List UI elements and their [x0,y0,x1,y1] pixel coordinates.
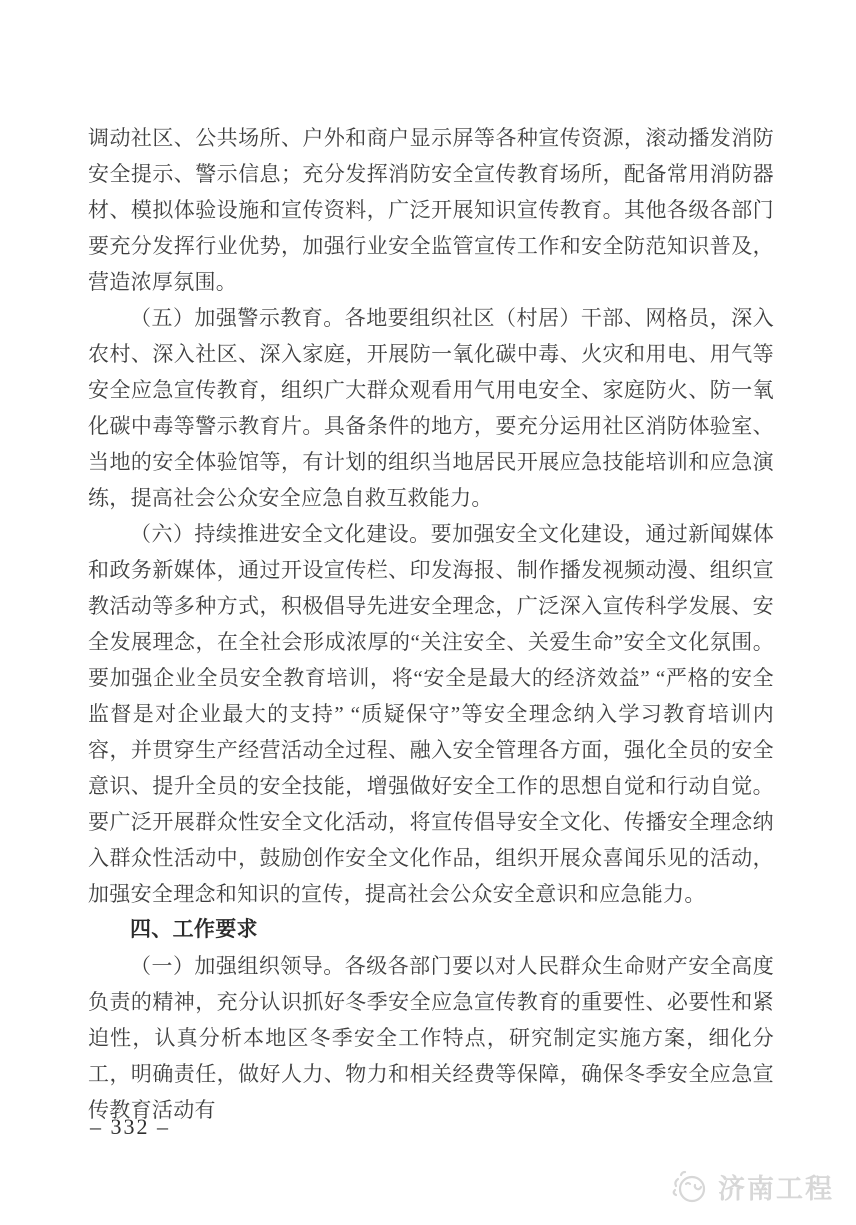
watermark: 济南工程 [668,1165,834,1207]
section-heading-work-requirements: 四、工作要求 [88,912,774,948]
watermark-label: 济南工程 [718,1167,834,1206]
paragraph-item-5: （五）加强警示教育。各地要组织社区（村居）干部、网格员，深入农村、深入社区、深入… [88,300,774,516]
document-body: 调动社区、公共场所、户外和商户显示屏等各种宣传资源，滚动播发消防安全提示、警示信… [88,120,774,1128]
page-number: – 332 – [90,1112,170,1142]
paragraph-item-1: （一）加强组织领导。各级各部门要以对人民群众生命财产安全高度负责的精神，充分认识… [88,948,774,1128]
paragraph-item-6: （六）持续推进安全文化建设。要加强安全文化建设，通过新闻媒体和政务新媒体，通过开… [88,516,774,912]
watermark-logo-icon [668,1165,710,1207]
paragraph-continuation: 调动社区、公共场所、户外和商户显示屏等各种宣传资源，滚动播发消防安全提示、警示信… [88,120,774,300]
document-page: 调动社区、公共场所、户外和商户显示屏等各种宣传资源，滚动播发消防安全提示、警示信… [0,0,856,1225]
